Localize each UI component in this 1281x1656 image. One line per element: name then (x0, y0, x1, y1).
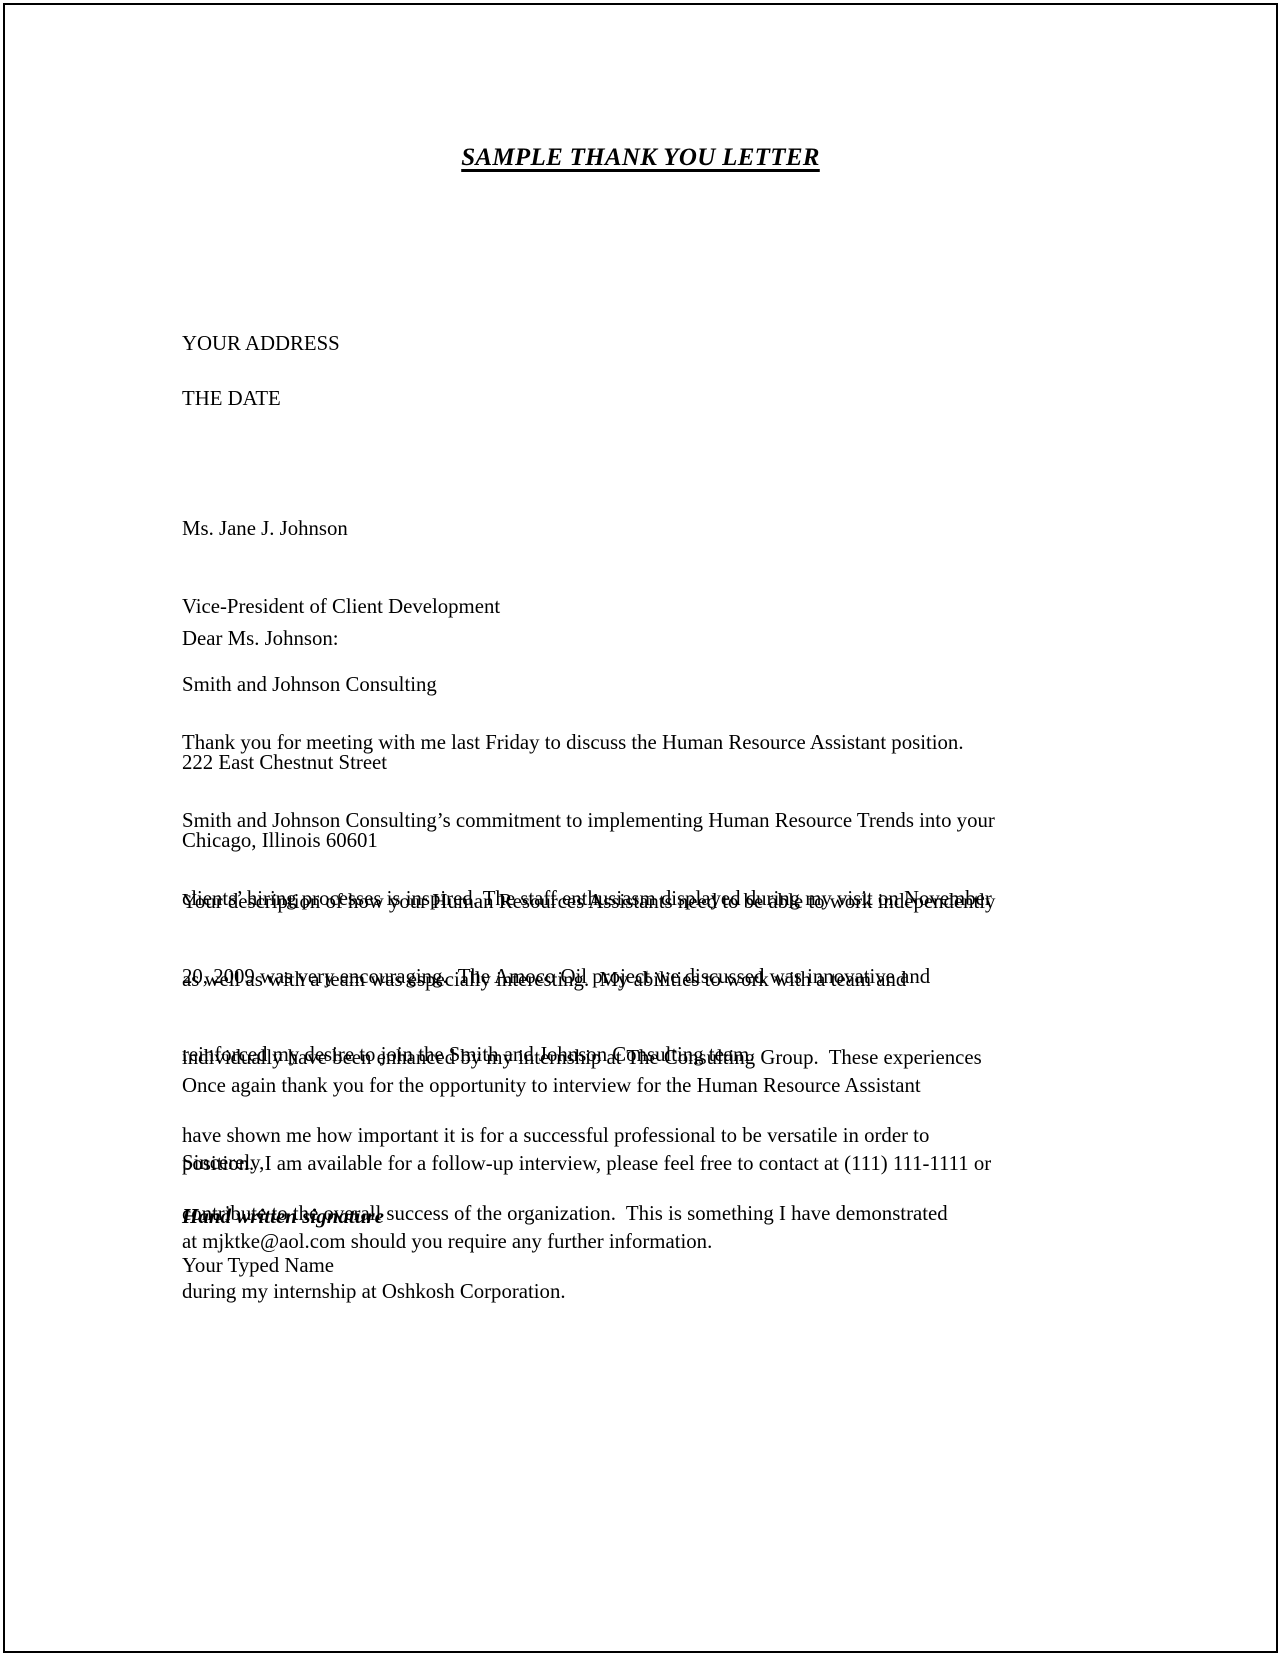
closing: Sincerely, (182, 1150, 264, 1176)
paragraph-line: at mjktke@aol.com should you require any… (182, 1229, 991, 1255)
paragraph-line: as well as with a team was especially in… (182, 967, 995, 993)
sender-date: THE DATE (182, 386, 281, 412)
recipient-line: Vice-President of Client Development (182, 594, 500, 620)
paragraph-line: position. I am available for a follow-up… (182, 1151, 991, 1177)
signature-placeholder: Hand written signature (182, 1203, 384, 1229)
typed-name: Your Typed Name (182, 1253, 334, 1279)
recipient-line: Ms. Jane J. Johnson (182, 516, 500, 542)
letter-title: SAMPLE THANK YOU LETTER (0, 144, 1281, 172)
paragraph-line: Once again thank you for the opportunity… (182, 1073, 991, 1099)
salutation: Dear Ms. Johnson: (182, 626, 339, 652)
sender-address: YOUR ADDRESS (182, 331, 340, 357)
paragraph-line: Thank you for meeting with me last Frida… (182, 730, 995, 756)
paragraph-line: Smith and Johnson Consulting’s commitmen… (182, 808, 995, 834)
letter-page: SAMPLE THANK YOU LETTER YOUR ADDRESS THE… (0, 0, 1281, 1656)
paragraph-line: Your description of how your Human Resou… (182, 889, 995, 915)
